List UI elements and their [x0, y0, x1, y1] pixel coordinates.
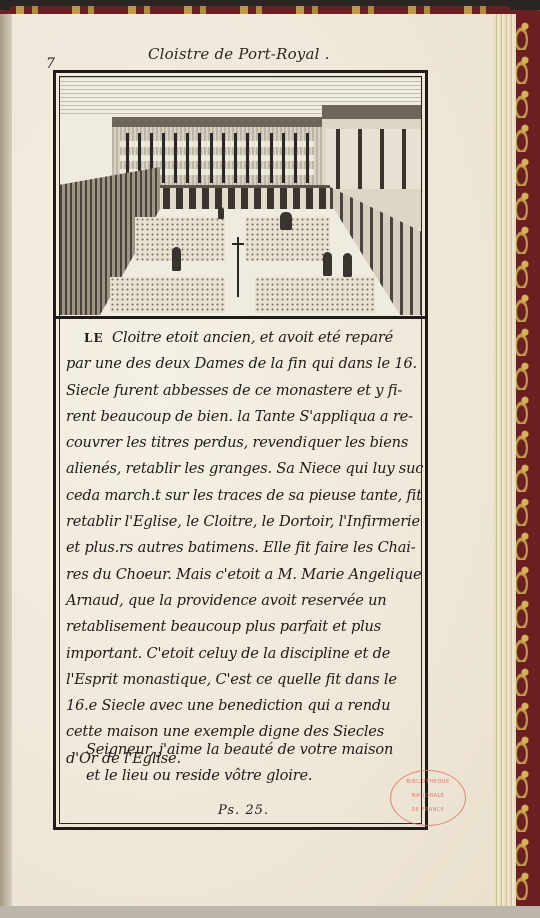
text-line: alienés, retablir les granges. Sa Niece …: [66, 456, 418, 482]
text-line: Siecle furent abbesses de ce monastere e…: [66, 378, 418, 404]
running-title: Cloistre de Port-Royal .: [148, 45, 330, 63]
background-bottom: [0, 906, 540, 918]
text-line: retablisement beaucoup plus parfait et p…: [66, 614, 418, 640]
quote-line: Seigneur, j'aime la beauté de votre mais…: [86, 737, 393, 763]
dropcap: LE: [84, 331, 104, 345]
nun-figure: [343, 253, 352, 277]
psalm-reference: Ps. 25.: [218, 803, 269, 818]
text-line: LE Cloitre etoit ancien, et avoit eté re…: [66, 325, 418, 351]
cloister-engraving: [60, 77, 421, 315]
engraving-arcade: [160, 185, 330, 212]
text-line: retablir l'Eglise, le Cloitre, le Dortoi…: [66, 509, 418, 535]
page-gutter: [0, 14, 12, 906]
text-line: couvrer les titres perdus, revendiquer l…: [66, 430, 418, 456]
text-line: res du Choeur. Mais c'etoit a M. Marie A…: [66, 562, 418, 588]
text-line: Arnaud, que la providence avoit reservée…: [66, 588, 418, 614]
text-line: rent beaucoup de bien. la Tante S'appliq…: [66, 404, 418, 430]
frame-divider: [56, 316, 425, 319]
quote-line: et le lieu ou reside vôtre gloire.: [86, 763, 393, 789]
text-line: par une des deux Dames de la fin qui dan…: [66, 351, 418, 377]
nun-figure: [172, 247, 181, 271]
text-line: et plus.rs autres batimens. Elle fit fai…: [66, 535, 418, 561]
text-line: 16.e Siecle avec une benediction qui a r…: [66, 693, 418, 719]
text-line: l'Esprit monastique, C'est ce quelle fit…: [66, 667, 418, 693]
text-line: important. C'etoit celuy de la disciplin…: [66, 641, 418, 667]
cross-icon: [237, 237, 239, 297]
nun-figure: [280, 212, 292, 230]
psalm-quote: Seigneur, j'aime la beauté de votre mais…: [86, 737, 393, 790]
text-line: ceda march.t sur les traces de sa pieuse…: [66, 483, 418, 509]
engraving-lawn: [255, 277, 375, 313]
page-frame: LE Cloitre etoit ancien, et avoit eté re…: [53, 70, 428, 830]
page-edges: [494, 14, 516, 906]
text-block: LE Cloitre etoit ancien, et avoit eté re…: [66, 325, 418, 823]
gilt-border-right: [516, 16, 534, 901]
library-stamp: BIBLIOTHEQUE NATIONALE DE FRANCE: [390, 770, 466, 826]
nun-figure: [323, 252, 332, 276]
nun-figure: [218, 207, 224, 219]
engraving-lawn: [110, 277, 225, 313]
